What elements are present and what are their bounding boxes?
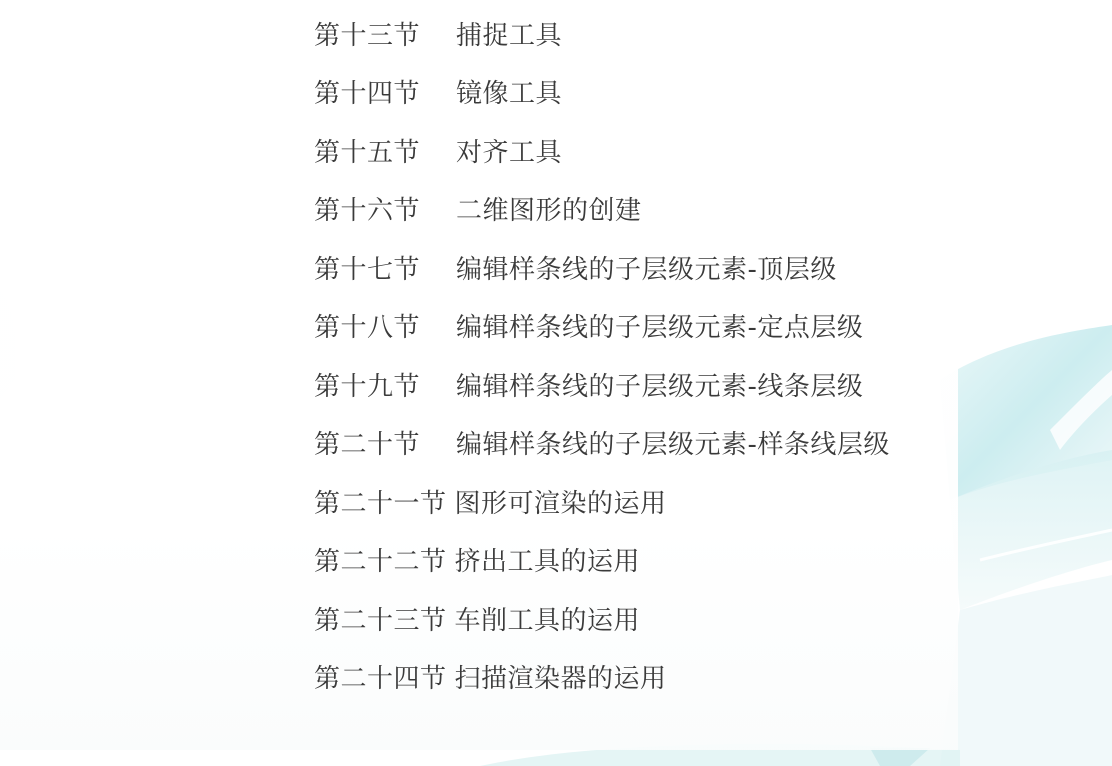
- toc-item[interactable]: 第十九节编辑样条线的子层级元素-线条层级: [314, 355, 890, 414]
- section-title: 编辑样条线的子层级元素-线条层级: [456, 366, 863, 403]
- section-number: 第十九节: [314, 366, 456, 403]
- section-number: 第十五节: [314, 132, 456, 169]
- section-number: 第十三节: [314, 15, 456, 52]
- section-title: 挤出工具的运用: [455, 541, 641, 578]
- toc-item[interactable]: 第二十三节车削工具的运用: [314, 589, 890, 648]
- section-number: 第二十一节: [314, 483, 447, 520]
- section-title: 图形可渲染的运用: [455, 483, 667, 520]
- toc-item[interactable]: 第十三节捕捉工具: [314, 4, 890, 63]
- section-number: 第二十三节: [314, 600, 447, 637]
- section-title: 二维图形的创建: [456, 190, 642, 227]
- section-title: 车削工具的运用: [455, 600, 641, 637]
- section-number: 第二十二节: [314, 541, 447, 578]
- section-title: 捕捉工具: [456, 15, 562, 52]
- toc-item[interactable]: 第十八节编辑样条线的子层级元素-定点层级: [314, 297, 890, 356]
- toc-item[interactable]: 第十四节镜像工具: [314, 63, 890, 122]
- section-title: 镜像工具: [456, 73, 562, 110]
- toc-item[interactable]: 第二十二节挤出工具的运用: [314, 531, 890, 590]
- section-title: 编辑样条线的子层级元素-样条线层级: [456, 424, 890, 461]
- section-number: 第十八节: [314, 307, 456, 344]
- toc-item[interactable]: 第二十节编辑样条线的子层级元素-样条线层级: [314, 414, 890, 473]
- toc-item[interactable]: 第十七节编辑样条线的子层级元素-顶层级: [314, 238, 890, 297]
- toc-item[interactable]: 第十五节对齐工具: [314, 121, 890, 180]
- section-title: 编辑样条线的子层级元素-定点层级: [456, 307, 863, 344]
- section-title: 编辑样条线的子层级元素-顶层级: [456, 249, 837, 286]
- toc-item[interactable]: 第二十四节扫描渲染器的运用: [314, 648, 890, 707]
- section-number: 第十四节: [314, 73, 456, 110]
- section-number: 第二十四节: [314, 658, 447, 695]
- section-title: 对齐工具: [456, 132, 562, 169]
- section-number: 第十七节: [314, 249, 456, 286]
- toc-item[interactable]: 第二十一节图形可渲染的运用: [314, 472, 890, 531]
- table-of-contents: 第十三节捕捉工具 第十四节镜像工具 第十五节对齐工具 第十六节二维图形的创建 第…: [314, 4, 890, 706]
- section-title: 扫描渲染器的运用: [455, 658, 667, 695]
- toc-item[interactable]: 第十六节二维图形的创建: [314, 180, 890, 239]
- section-number: 第十六节: [314, 190, 456, 227]
- section-number: 第二十节: [314, 424, 456, 461]
